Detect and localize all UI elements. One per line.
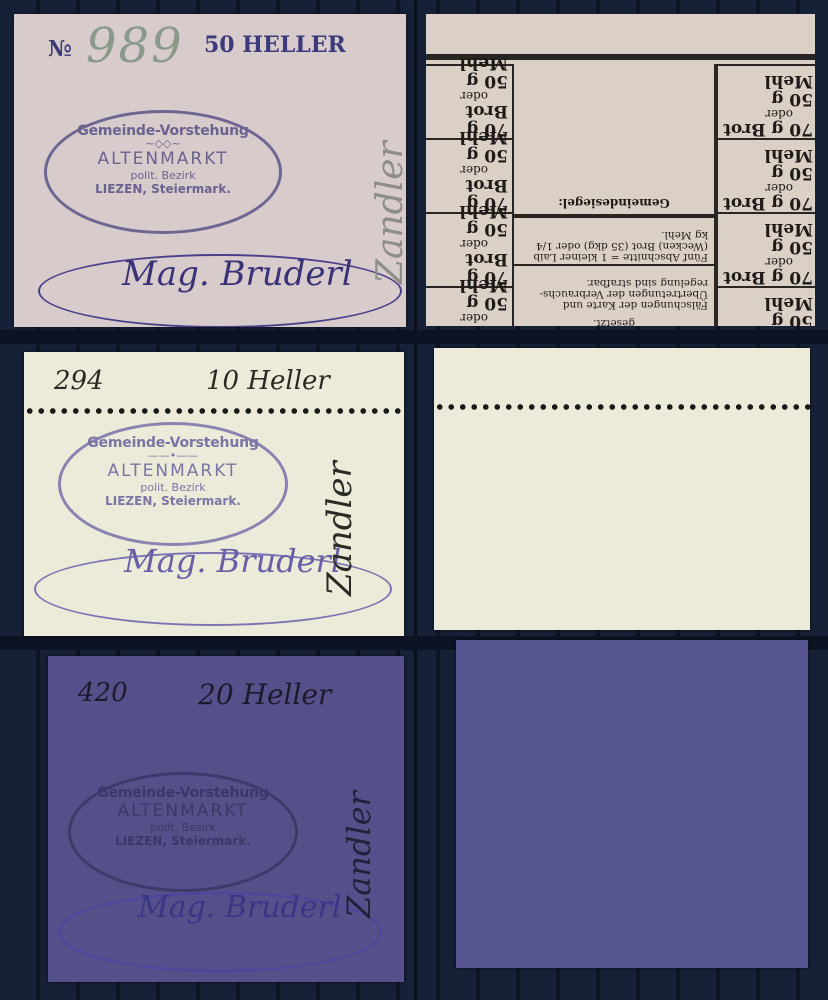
coupon-column-right: 70 g Brotoder50 g Mehl 70 g Brotoder50 g… [716,64,815,326]
note-20-heller-front: 420 20 Heller Gemeinde-Vorstehung ALTENM… [48,656,404,982]
note-10-heller-front: 294 10 Heller Gemeinde-Vorstehung ——•—— … [24,352,404,636]
stamp-line-4: LIEZEN, Steiermark. [61,494,285,508]
note-20-heller-back [456,640,808,968]
perforation [24,408,404,414]
vertical-signature: Zandler [370,141,406,284]
stamp-line-3: polit. Bezirk [61,481,285,494]
coupon: 70 g Brotoder50 g Mehl [718,64,815,138]
signature: Mag. Bruderl [124,542,341,580]
coupon: 70 g Brotoder50 g Mehl [718,212,815,286]
signature: Mag. Bruderl [122,254,353,294]
stamp-line-3: polit. Bezirk [71,821,295,834]
stamp-line-4: LIEZEN, Steiermark. [47,182,279,196]
stamp-line-4: LIEZEN, Steiermark. [71,834,295,848]
municipal-stamp: Gemeinde-Vorstehung ——•—— ALTENMARKT pol… [58,422,288,546]
denomination: 50 HELLER [204,32,346,58]
seal-field: Gemeindesiegel: [514,64,714,216]
signature: Mag. Bruderl [138,890,341,925]
note-50-heller-front: № 989 50 HELLER Gemeinde-Vorstehung ~◇◇~… [14,14,406,327]
seal-label: Gemeindesiegel: [514,196,714,210]
note-10-heller-back [434,348,810,630]
perforation [434,404,810,410]
number-prefix: № [48,36,72,62]
album-strip [0,330,828,344]
municipal-stamp: Gemeinde-Vorstehung ALTENMARKT polit. Be… [68,772,298,892]
stamp-ornament: ——•—— [61,451,285,461]
card-text-penalty: Fälschungen der Karte und Übertretungen … [514,264,714,312]
note-50-heller-back: 70 g Brotoder50 g Mehl 70 g Brotoder50 g… [426,14,815,326]
serial-number: 294 [54,366,104,396]
serial-number: 989 [86,18,184,74]
album-divider [414,0,417,1000]
stamp-town: ALTENMARKT [47,149,279,169]
vertical-signature: Zandler [340,791,378,918]
coupon: 70 g Brotoder50 g Mehl [718,286,815,326]
stamp-ornament: ~◇◇~ [47,139,279,149]
denomination: 10 Heller [206,366,330,396]
denomination: 20 Heller [198,678,331,711]
serial-number: 420 [78,678,128,708]
stamp-line-3: polit. Bezirk [47,169,279,182]
vertical-signature: Zandler [320,461,360,596]
stamp-line-1: Gemeinde-Vorstehung [71,785,295,801]
card-text-footer: gesetzt. [514,312,714,326]
stamp-town: ALTENMARKT [61,461,285,481]
coupon: 70 g Brotoder50 g Mehl [718,138,815,212]
coupon: 70 g Brotoder50 g Mehl [426,286,512,326]
municipal-stamp: Gemeinde-Vorstehung ~◇◇~ ALTENMARKT poli… [44,110,282,234]
coupon-column-left: 70 g Brotoder50 g Mehl 70 g Brotoder50 g… [426,64,514,326]
stamp-town: ALTENMARKT [71,801,295,821]
card-center-panel: Gemeindesiegel: Fünf Abschnitte = 1 klei… [514,64,716,326]
card-text-exchange: Fünf Abschnitte = 1 kleiner Laib (Wecken… [514,216,714,264]
